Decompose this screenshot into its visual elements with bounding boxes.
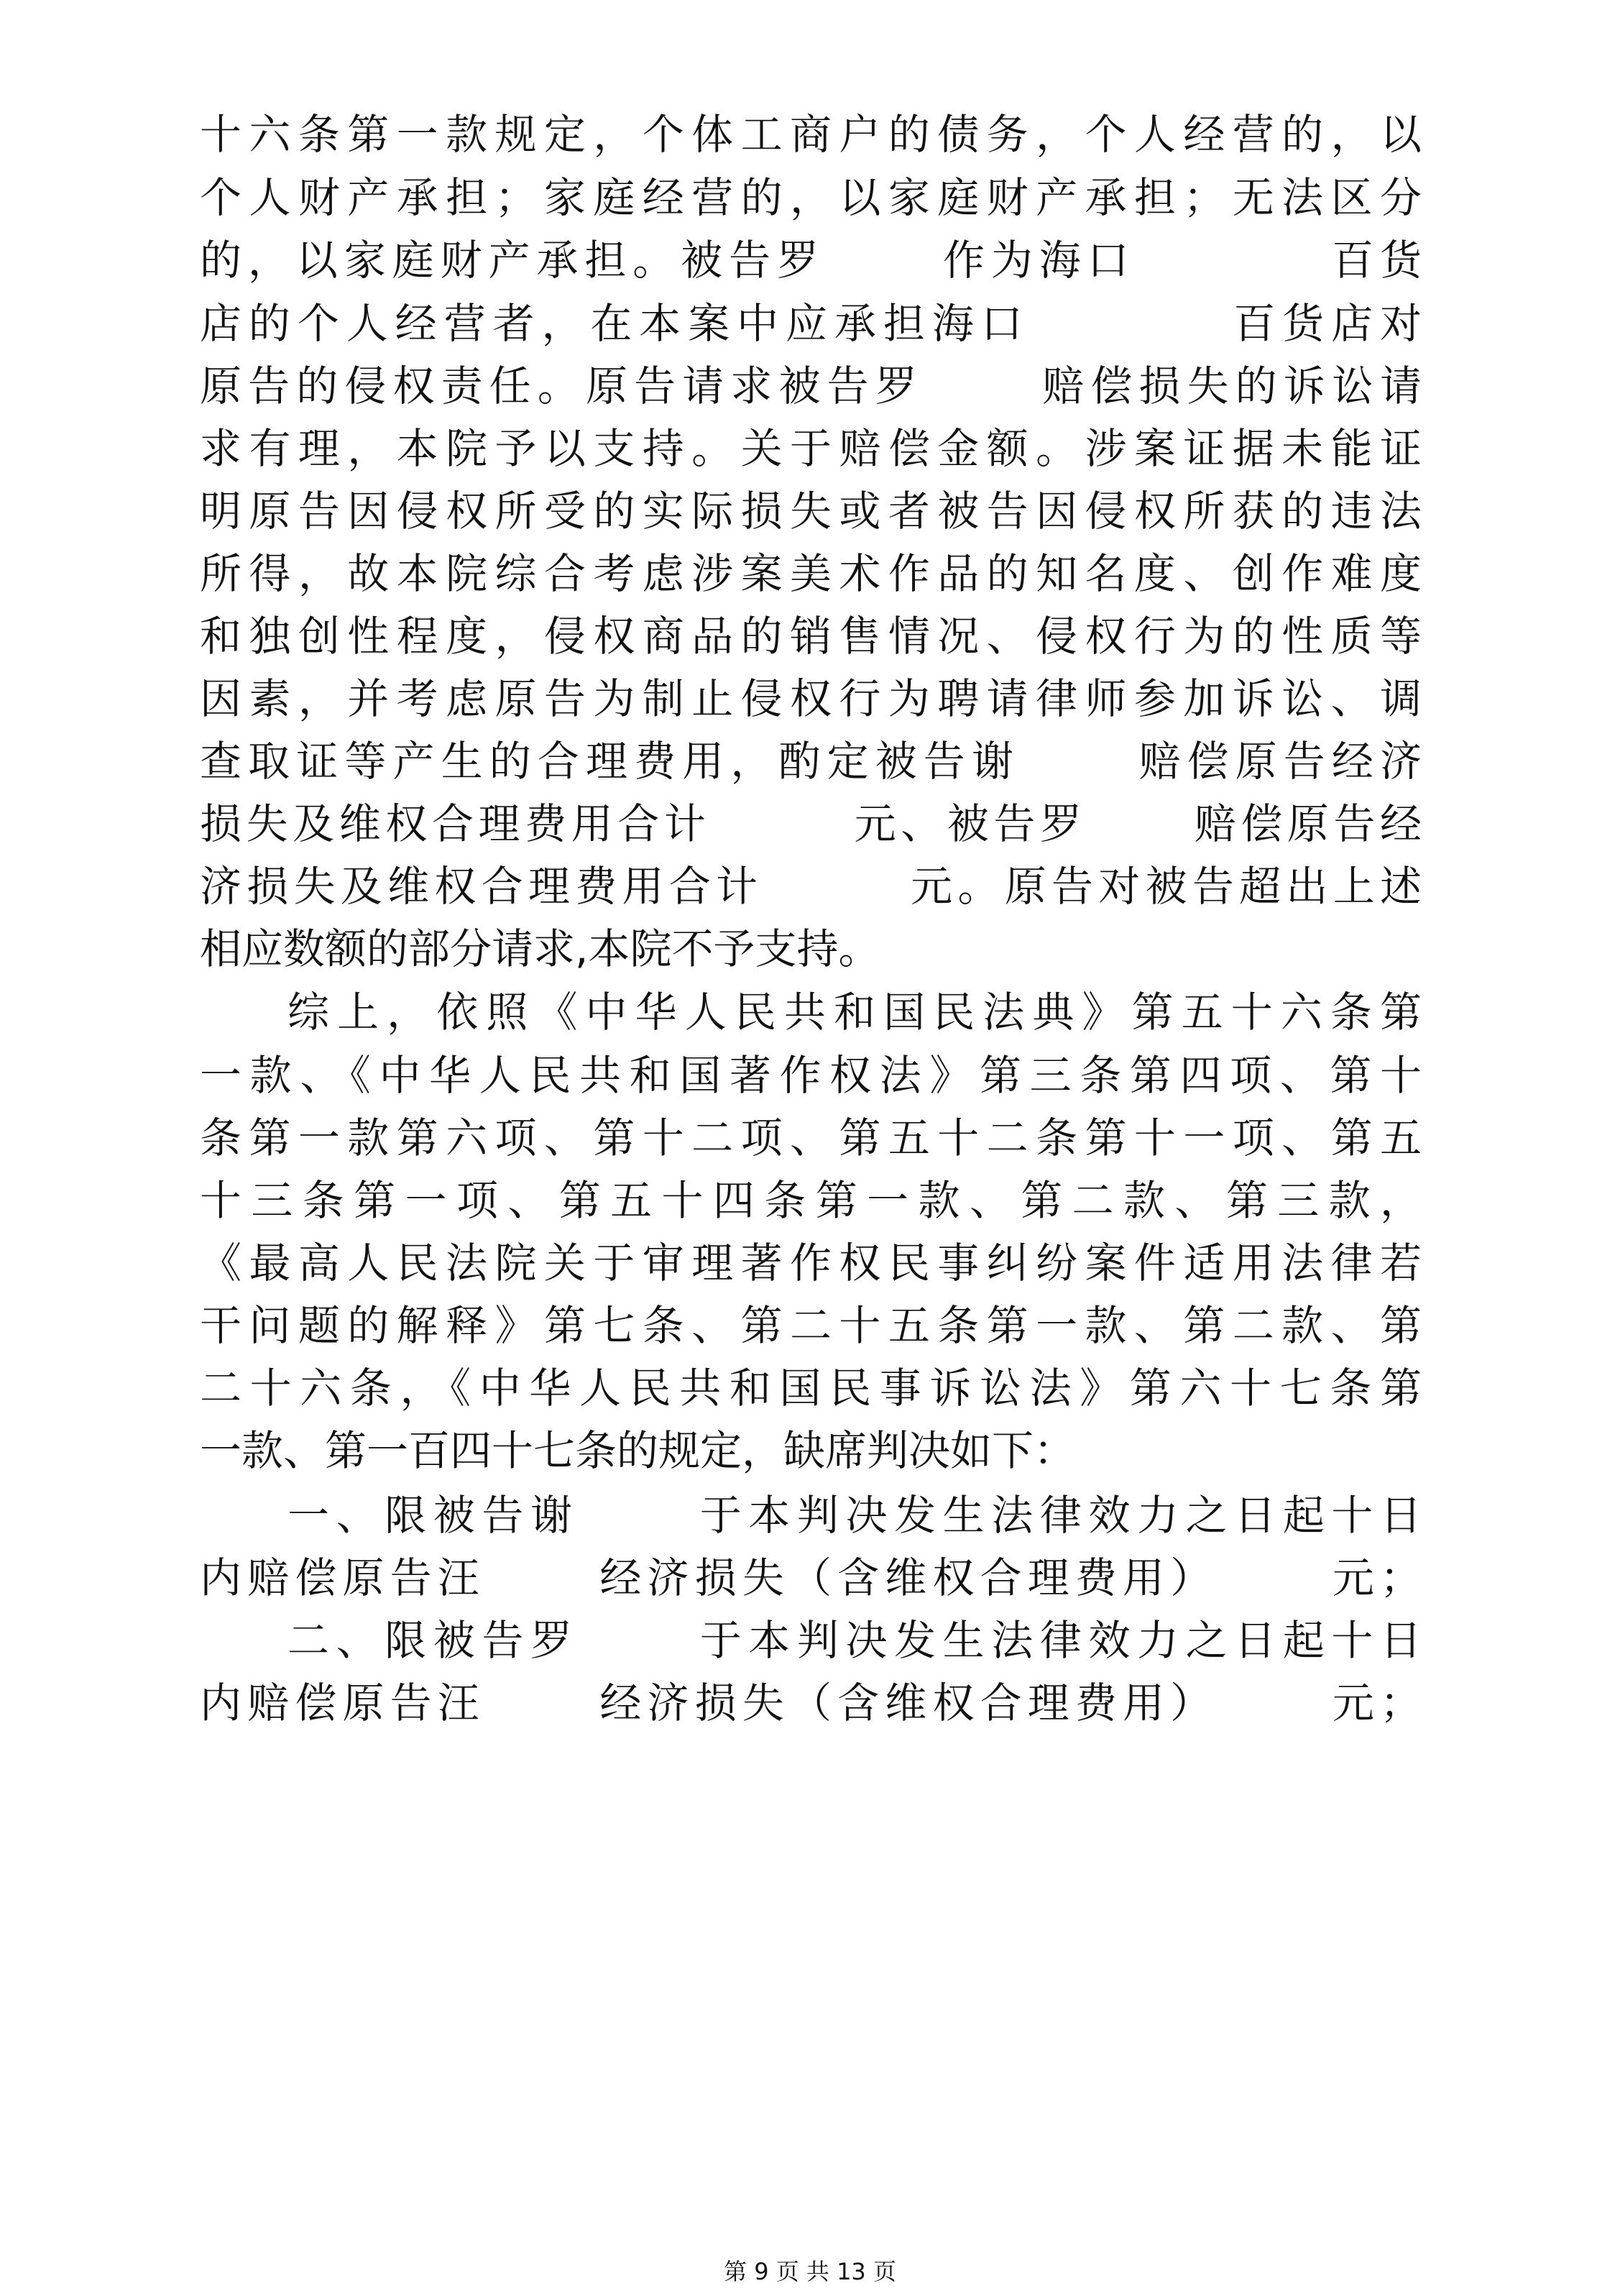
text-line: 一款、《中华人民共和国著作权法》第三条第四项、第十	[200, 1047, 1422, 1104]
text-line: 明原告因侵权所受的实际损失或者被告因侵权所获的违法	[200, 482, 1422, 540]
text-line: 查取证等产生的合理费用，酌定被告谢 赔偿原告经济	[200, 733, 1422, 790]
text-line: 店的个人经营者，在本案中应承担海口 百货店对	[200, 295, 1422, 352]
text-line: 相应数额的部分请求,本院不予支持。	[200, 920, 1422, 978]
text-line: 原告的侵权责任。原告请求被告罗 赔偿损失的诉讼请	[200, 357, 1422, 415]
text-line: 的，以家庭财产承担。被告罗 作为海口 百货	[200, 231, 1422, 289]
text-line: 济损失及维权合理费用合计 元。原告对被告超出上述	[200, 858, 1422, 915]
text-line: 十六条第一款规定，个体工商户的债务，个人经营的，以	[200, 106, 1422, 163]
text-line: 二十六条，《中华人民共和国民事诉讼法》第六十七条第	[200, 1359, 1422, 1417]
document-page: 十六条第一款规定，个体工商户的债务，个人经营的，以 个人财产承担；家庭经营的，以…	[0, 0, 1620, 2296]
text-line: 内赔偿原告汪 经济损失（含维权合理费用） 元；	[200, 1549, 1422, 1607]
text-line: 综上，依照《中华人民共和国民法典》第五十六条第	[287, 983, 1422, 1041]
page-number: 第 9 页 共 13 页	[0, 2257, 1620, 2286]
text-line: 因素，并考虑原告为制止侵权行为聘请律师参加诉讼、调	[200, 670, 1422, 727]
text-line: 二、限被告罗 于本判决发生法律效力之日起十日	[287, 1612, 1422, 1669]
text-line: 干问题的解释》第七条、第二十五条第一款、第二款、第	[200, 1297, 1422, 1354]
text-line: 个人财产承担；家庭经营的，以家庭财产承担；无法区分	[200, 169, 1422, 226]
text-line: 和独创性程度，侵权商品的销售情况、侵权行为的性质等	[200, 607, 1422, 665]
text-line: 损失及维权合理费用合计 元、被告罗 赔偿原告经	[200, 795, 1422, 853]
text-line: 所得，故本院综合考虑涉案美术作品的知名度、创作难度	[200, 545, 1422, 602]
text-line: 条第一款第六项、第十二项、第五十二条第十一项、第五	[200, 1109, 1422, 1167]
text-line: 内赔偿原告汪 经济损失（含维权合理费用） 元；	[200, 1674, 1422, 1732]
text-line: 一、限被告谢 于本判决发生法律效力之日起十日	[287, 1487, 1422, 1544]
text-line: 一款、第一百四十七条的规定，缺席判决如下：	[200, 1422, 1422, 1479]
text-line: 十三条第一项、第五十四条第一款、第二款、第三款，	[200, 1172, 1422, 1229]
text-line: 《最高人民法院关于审理著作权民事纠纷案件适用法律若	[200, 1234, 1422, 1292]
text-line: 求有理，本院予以支持。关于赔偿金额。涉案证据未能证	[200, 420, 1422, 477]
